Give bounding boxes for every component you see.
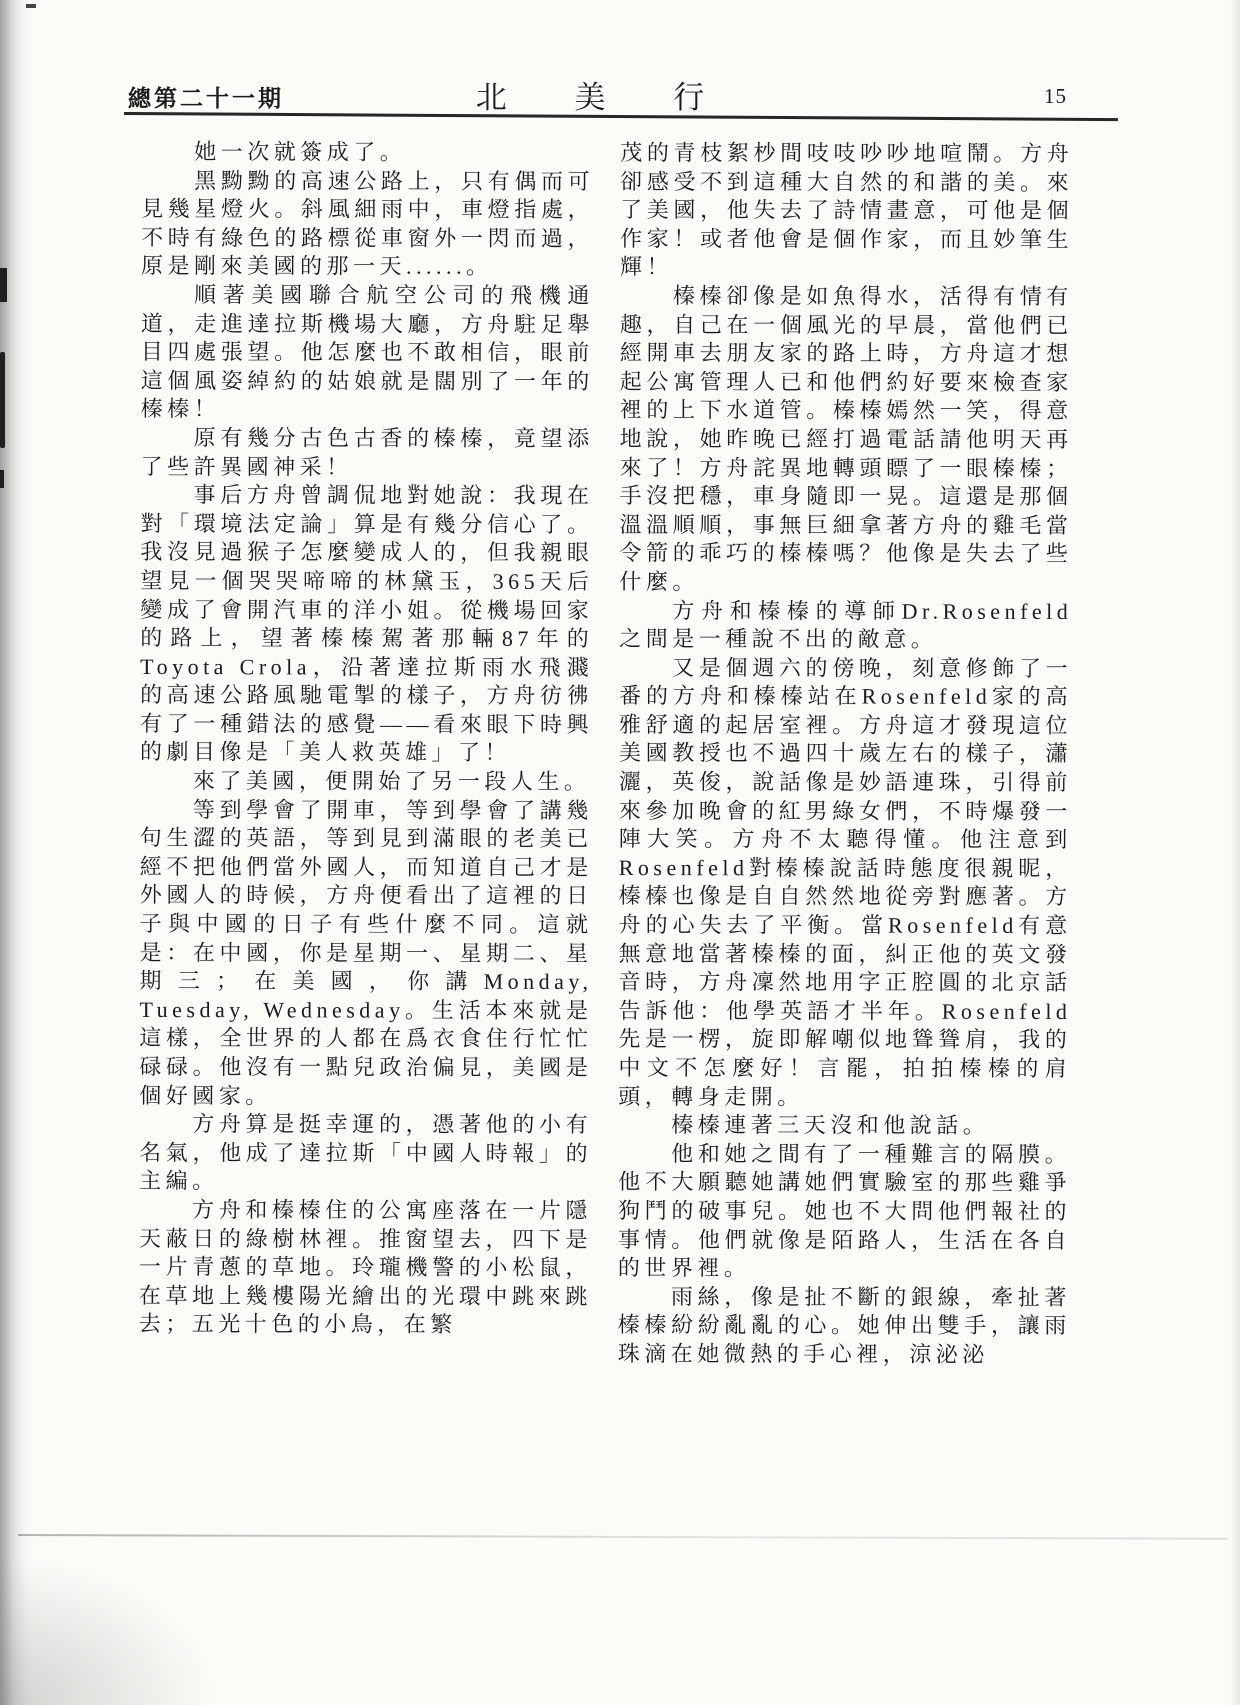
scan-edge-mark [0,268,7,302]
article-body: 她一次就簽成了。黑黝黝的高速公路上，只有偶而可見幾星燈火。斜風細雨中，車燈指處，… [139,138,1074,1369]
scan-edge-mark [26,4,36,8]
page-number: 15 [1044,84,1067,109]
scan-corner-shadow [0,1555,220,1705]
scan-left-edge-shadow [0,0,34,1705]
scan-edge-mark [0,352,5,448]
paragraph: 事后方舟曾調侃地對她說：我現在對「環境法定論」算是有幾分信心了。我沒見過猴子怎麼… [140,481,594,768]
paragraph: 雨絲，像是扯不斷的銀線，牽扯著榛榛紛紛亂亂的心。她伸出雙手，讓雨珠滴在她微熱的手… [618,1283,1071,1370]
paragraph: 順著美國聯合航空公司的飛機通道，走進達拉斯機場大廳，方舟駐足舉目四處張望。他怎麼… [141,281,594,425]
right-column: 茂的青枝絮杪間吱吱吵吵地喧鬧。方舟卻感受不到這種大自然的和諧的美。來了美國，他失… [618,139,1074,1369]
page-title: 北 美 行 [0,72,1180,117]
scan-bottom-crease [18,1534,1228,1540]
paragraph: 她一次就簽成了。 [141,138,594,168]
scan-edge-mark [0,470,4,488]
paragraph: 黑黝黝的高速公路上，只有偶而可見幾星燈火。斜風細雨中，車燈指處，不時有綠色的路標… [141,167,594,282]
paragraph: 來了美國，便開始了另一段人生。 [140,767,593,797]
paragraph: 方舟和榛榛住的公寓座落在一片隱天蔽日的綠樹林裡。推窗望去，四下是一片青蔥的草地。… [139,1196,592,1340]
paragraph: 茂的青枝絮杪間吱吱吵吵地喧鬧。方舟卻感受不到這種大自然的和諧的美。來了美國，他失… [620,139,1073,283]
paragraph: 原有幾分古色古香的榛榛，竟望添了些許異國神采！ [141,424,594,482]
left-column: 她一次就簽成了。黑黝黝的高速公路上，只有偶而可見幾星燈火。斜風細雨中，車燈指處，… [139,138,595,1368]
scan-right-edge-shadow [1230,0,1240,1705]
paragraph: 方舟算是挺幸運的，憑著他的小有名氣，他成了達拉斯「中國人時報」的主編。 [139,1110,592,1197]
paragraph: 又是個週六的傍晚，刻意修飾了一番的方舟和榛榛站在Rosenfeld家的高雅舒適的… [618,654,1072,1112]
paragraph: 方舟和榛榛的導師Dr.Rosenfeld之間是一種說不出的敵意。 [619,597,1072,655]
paragraph: 榛榛連著三天沒和他說話。 [618,1111,1071,1141]
paragraph: 榛榛卻像是如魚得水，活得有情有趣，自己在一個風光的早晨，當他們已經開車去朋友家的… [619,282,1073,597]
scanned-magazine-page: 總第二十一期 北 美 行 15 她一次就簽成了。黑黝黝的高速公路上，只有偶而可見… [0,0,1240,1705]
paragraph: 他和她之間有了一種難言的隔膜。他不大願聽她講她們實驗室的那些雞爭狗鬥的破事兒。她… [618,1140,1071,1284]
paragraph: 等到學會了開車，等到學會了講幾句生澀的英語，等到見到滿眼的老美已經不把他們當外國… [139,796,593,1111]
